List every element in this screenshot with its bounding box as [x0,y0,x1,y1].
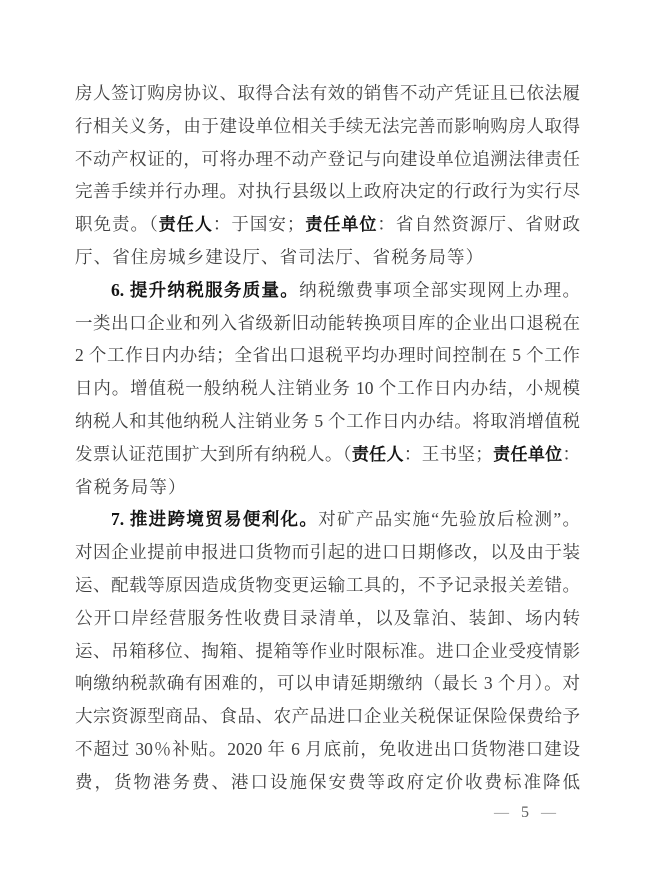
page-number-dash-right: — [541,805,556,821]
text-line: 大宗资源型商品、食品、农产品进口企业关税保证保险保费给予 [75,700,580,733]
bold-text-segment: 责任单位 [493,445,563,464]
text-segment: 对矿产品实施“先验放后检测”。 [318,509,580,529]
text-segment: ： [563,444,581,464]
text-segment: 完善手续并行办理。对执行县级以上政府决定的行政行为实行尽 [75,181,580,201]
text-segment: 运、吊箱移位、掏箱、提箱等作业时限标准。进口企业受疫情影 [75,641,580,661]
page-number-dash-left: — [494,805,509,821]
bold-text-segment: 责任人 [352,445,404,464]
text-line: 费，货物港务费、港口设施保安费等政府定价收费标准降低 [75,766,580,799]
text-line: 公开口岸经营服务性收费目录清单，以及靠泊、装卸、场内转 [75,602,580,635]
text-segment: 不动产权证的，可将办理不动产登记与向建设单位追溯法律责任 [75,149,580,169]
text-segment: 纳税人和其他纳税人注销业务 5 个工作日内办结。将取消增值税 [75,411,580,431]
text-line: 7. 推进跨境贸易便利化。对矿产品实施“先验放后检测”。 [75,503,580,536]
text-segment: 运、配载等原因造成货物变更运输工具的，不予记录报关差错。 [75,575,580,595]
text-line: 日内。增值税一般纳税人注销业务 10 个工作日内办结，小规模 [75,372,580,405]
text-line: 不动产权证的，可将办理不动产登记与向建设单位追溯法律责任 [75,143,580,176]
text-segment: 日内。增值税一般纳税人注销业务 10 个工作日内办结，小规模 [75,378,580,398]
page-number-value: 5 [521,804,529,822]
bold-text-segment: 责任单位 [304,215,377,234]
text-line: 房人签订购房协议、取得合法有效的销售不动产凭证且已依法履 [75,77,580,110]
text-line: 纳税人和其他纳税人注销业务 5 个工作日内办结。将取消增值税 [75,405,580,438]
bold-text-segment: 责任人 [159,215,213,234]
page-number: —5— [0,804,556,822]
text-segment: 2 个工作日内办结；全省出口退税平均办理时间控制在 5 个工作 [75,345,580,365]
text-segment: 房人签订购房协议、取得合法有效的销售不动产凭证且已依法履 [75,83,580,103]
text-line: 不超过 30％补贴。2020 年 6 月底前，免收进出口货物港口建设 [75,733,580,766]
text-segment: 对因企业提前申报进口货物而引起的进口日期修改，以及由于装 [75,542,580,562]
text-segment: 纳税缴费事项全部实现网上办理。 [299,280,580,300]
text-line: 省税务局等） [75,471,580,504]
text-line: 运、吊箱移位、掏箱、提箱等作业时限标准。进口企业受疫情影 [75,635,580,668]
text-segment: ：王书坚； [404,444,493,464]
text-segment: 费，货物港务费、港口设施保安费等政府定价收费标准降低 [75,772,580,792]
document-page: 房人签订购房协议、取得合法有效的销售不动产凭证且已依法履行相关义务，由于建设单位… [0,0,658,883]
text-segment: 响缴纳税款确有困难的，可以申请延期缴纳（最长 3 个月）。对 [75,673,580,693]
text-segment: 发票认证范围扩大到所有纳税人。（ [75,444,352,464]
text-segment: ：于国安； [213,214,305,234]
text-line: 完善手续并行办理。对执行县级以上政府决定的行政行为实行尽 [75,175,580,208]
text-segment: 行相关义务，由于建设单位相关手续无法完善而影响购房人取得 [75,116,580,136]
document-body: 房人签订购房协议、取得合法有效的销售不动产凭证且已依法履行相关义务，由于建设单位… [75,77,580,799]
text-segment: 一类出口企业和列入省级新旧动能转换项目库的企业出口退税在 [75,313,580,333]
bold-text-segment: 6. 提升纳税服务质量。 [111,280,299,300]
text-line: 响缴纳税款确有困难的，可以申请延期缴纳（最长 3 个月）。对 [75,667,580,700]
text-line: 职免责。（责任人：于国安；责任单位：省自然资源厅、省财政 [75,208,580,241]
text-line: 2 个工作日内办结；全省出口退税平均办理时间控制在 5 个工作 [75,339,580,372]
text-segment: 职免责。（ [75,214,159,234]
bold-text-segment: 7. 推进跨境贸易便利化。 [111,509,318,529]
text-line: 6. 提升纳税服务质量。纳税缴费事项全部实现网上办理。 [75,274,580,307]
text-line: 行相关义务，由于建设单位相关手续无法完善而影响购房人取得 [75,110,580,143]
text-line: 发票认证范围扩大到所有纳税人。（责任人：王书坚；责任单位： [75,438,580,471]
text-line: 一类出口企业和列入省级新旧动能转换项目库的企业出口退税在 [75,307,580,340]
text-segment: 不超过 30％补贴。2020 年 6 月底前，免收进出口货物港口建设 [75,739,580,759]
text-line: 厅、省住房城乡建设厅、省司法厅、省税务局等） [75,241,580,274]
text-segment: 大宗资源型商品、食品、农产品进口企业关税保证保险保费给予 [75,706,580,726]
text-segment: ：省自然资源厅、省财政 [377,214,580,234]
text-line: 运、配载等原因造成货物变更运输工具的，不予记录报关差错。 [75,569,580,602]
text-line: 对因企业提前申报进口货物而引起的进口日期修改，以及由于装 [75,536,580,569]
text-segment: 公开口岸经营服务性收费目录清单，以及靠泊、装卸、场内转 [75,608,580,628]
text-segment: 厅、省住房城乡建设厅、省司法厅、省税务局等） [75,247,484,267]
text-segment: 省税务局等） [75,477,187,497]
